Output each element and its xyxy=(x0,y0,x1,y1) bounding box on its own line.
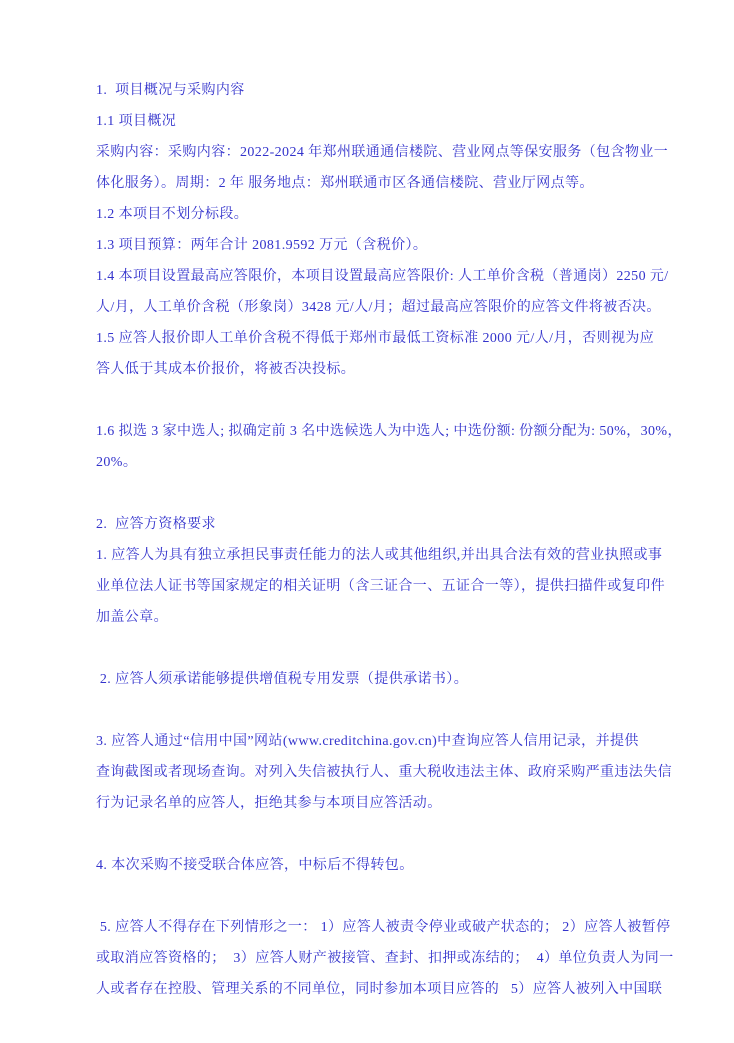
paragraph-1-5-min-wage: 答人低于其成本价报价，将被否决投标。 xyxy=(96,354,656,385)
paragraph-qual-1: 1. 应答人为具有独立承担民事责任能力的法人或其他组织,并出具合法有效的营业执照… xyxy=(96,540,656,571)
paragraph-1-2: 1.2 本项目不划分标段。 xyxy=(96,199,656,230)
paragraph-qual-5-situations: 或取消应答资格的； 3）应答人财产被接管、查封、扣押或冻结的； 4）单位负责人为… xyxy=(96,943,656,974)
paragraph-qual-3-credit: 查询截图或者现场查询。对列入失信被执行人、重大税收违法主体、政府采购严重违法失信 xyxy=(96,757,656,788)
heading-qualification: 2. 应答方资格要求 xyxy=(96,509,656,540)
paragraph-1-6-winners: 20%。 xyxy=(96,447,656,478)
blank-line xyxy=(96,633,656,664)
paragraph-qual-3-credit: 行为记录名单的应答人，拒绝其参与本项目应答活动。 xyxy=(96,788,656,819)
blank-line xyxy=(96,695,656,726)
paragraph-qual-1: 业单位法人证书等国家规定的相关证明（含三证合一、五证合一等），提供扫描件或复印件 xyxy=(96,571,656,602)
paragraph-qual-2-invoice: 2. 应答人须承诺能够提供增值税专用发票（提供承诺书）。 xyxy=(96,664,656,695)
paragraph-1-6-winners: 1.6 拟选 3 家中选人; 拟确定前 3 名中选候选人为中选人; 中选份额: … xyxy=(96,416,656,447)
paragraph-1-5-min-wage: 1.5 应答人报价即人工单价含税不得低于郑州市最低工资标准 2000 元/人/月… xyxy=(96,323,656,354)
paragraph-qual-3-credit: 3. 应答人通过“信用中国”网站(www.creditchina.gov.cn)… xyxy=(96,726,656,757)
heading-project-overview: 1. 项目概况与采购内容 xyxy=(96,75,656,106)
blank-line xyxy=(96,385,656,416)
paragraph-qual-5-situations: 5. 应答人不得存在下列情形之一： 1）应答人被责令停业或破产状态的； 2）应答… xyxy=(96,912,656,943)
paragraph-1-3-budget: 1.3 项目预算：两年合计 2081.9592 万元（含税价）。 xyxy=(96,230,656,261)
paragraph-qual-5-situations: 人或者存在控股、管理关系的不同单位，同时参加本项目应答的 5）应答人被列入中国联 xyxy=(96,974,656,1005)
document-body: 1. 项目概况与采购内容 1.1 项目概况 采购内容：采购内容：2022-202… xyxy=(96,75,656,1005)
paragraph-procurement-content: 体化服务）。周期：2 年 服务地点：郑州联通市区各通信楼院、营业厅网点等。 xyxy=(96,168,656,199)
paragraph-procurement-content: 采购内容：采购内容：2022-2024 年郑州联通通信楼院、营业网点等保安服务（… xyxy=(96,137,656,168)
heading-1-1: 1.1 项目概况 xyxy=(96,106,656,137)
paragraph-qual-4-consortium: 4. 本次采购不接受联合体应答，中标后不得转包。 xyxy=(96,850,656,881)
paragraph-1-4-price-limit: 1.4 本项目设置最高应答限价，本项目设置最高应答限价: 人工单价含税（普通岗）… xyxy=(96,261,656,292)
blank-line xyxy=(96,881,656,912)
blank-line xyxy=(96,819,656,850)
paragraph-1-4-price-limit: 人/月，人工单价含税（形象岗）3428 元/人/月；超过最高应答限价的应答文件将… xyxy=(96,292,656,323)
paragraph-qual-1: 加盖公章。 xyxy=(96,602,656,633)
blank-line xyxy=(96,478,656,509)
